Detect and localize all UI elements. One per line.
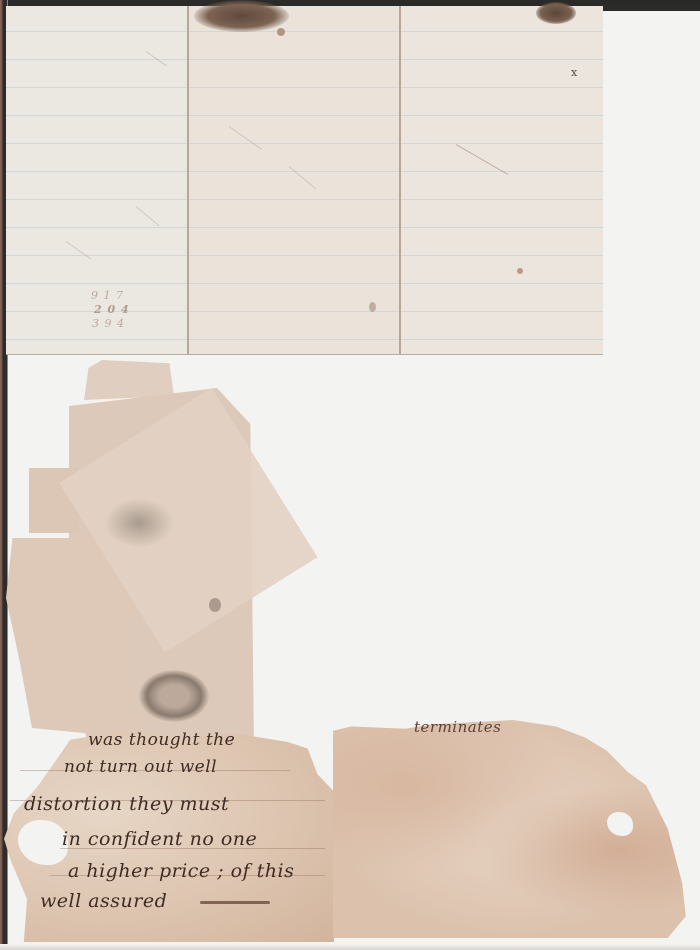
pencil-mark <box>136 206 160 226</box>
scanner-edge-bottom <box>0 944 700 950</box>
pencil-mark <box>289 166 316 189</box>
ink-stain <box>194 0 289 32</box>
pencil-mark <box>66 241 91 259</box>
ledger-number: 9 1 7 <box>91 289 124 302</box>
handwriting-line-1: was thought the <box>88 730 235 750</box>
envelope-flap-top <box>84 360 174 400</box>
pencil-mark <box>456 144 508 175</box>
ledger-panel-left: 9 1 7 2 0 4 3 9 4 <box>6 6 187 354</box>
stain-spot <box>517 268 523 274</box>
handwriting-line-2: not turn out well <box>64 757 217 777</box>
ledger-sheet: 9 1 7 2 0 4 3 9 4 x <box>6 6 603 354</box>
mold-stain <box>104 498 174 548</box>
stain-spot <box>369 302 376 312</box>
ink-stain <box>536 2 576 24</box>
letter-fragment-right <box>333 720 693 938</box>
stain-drop <box>277 28 285 36</box>
ledger-mark: x <box>571 66 577 79</box>
ledger-panel-right: x <box>401 6 603 354</box>
handwriting-line-5: a higher price ; of this <box>68 860 294 882</box>
scanner-edge-top-right <box>603 4 700 11</box>
handwriting-line-4: in confident no one <box>62 828 257 850</box>
ring-stain <box>139 670 209 722</box>
paper-tear-hole <box>607 812 633 836</box>
ink-dash <box>200 901 270 904</box>
handwriting-line-6: well assured <box>40 890 167 912</box>
handwriting-fragment-top: terminates <box>414 718 501 736</box>
ledger-panel-middle <box>189 6 399 354</box>
envelope-fragment <box>4 358 260 726</box>
handwriting-line-3: distortion they must <box>24 793 229 815</box>
ledger-number: 3 9 4 <box>92 317 125 330</box>
pencil-mark <box>229 126 262 150</box>
ledger-number: 2 0 4 <box>94 303 130 316</box>
pencil-mark <box>146 51 167 66</box>
stain-spot <box>209 598 221 612</box>
